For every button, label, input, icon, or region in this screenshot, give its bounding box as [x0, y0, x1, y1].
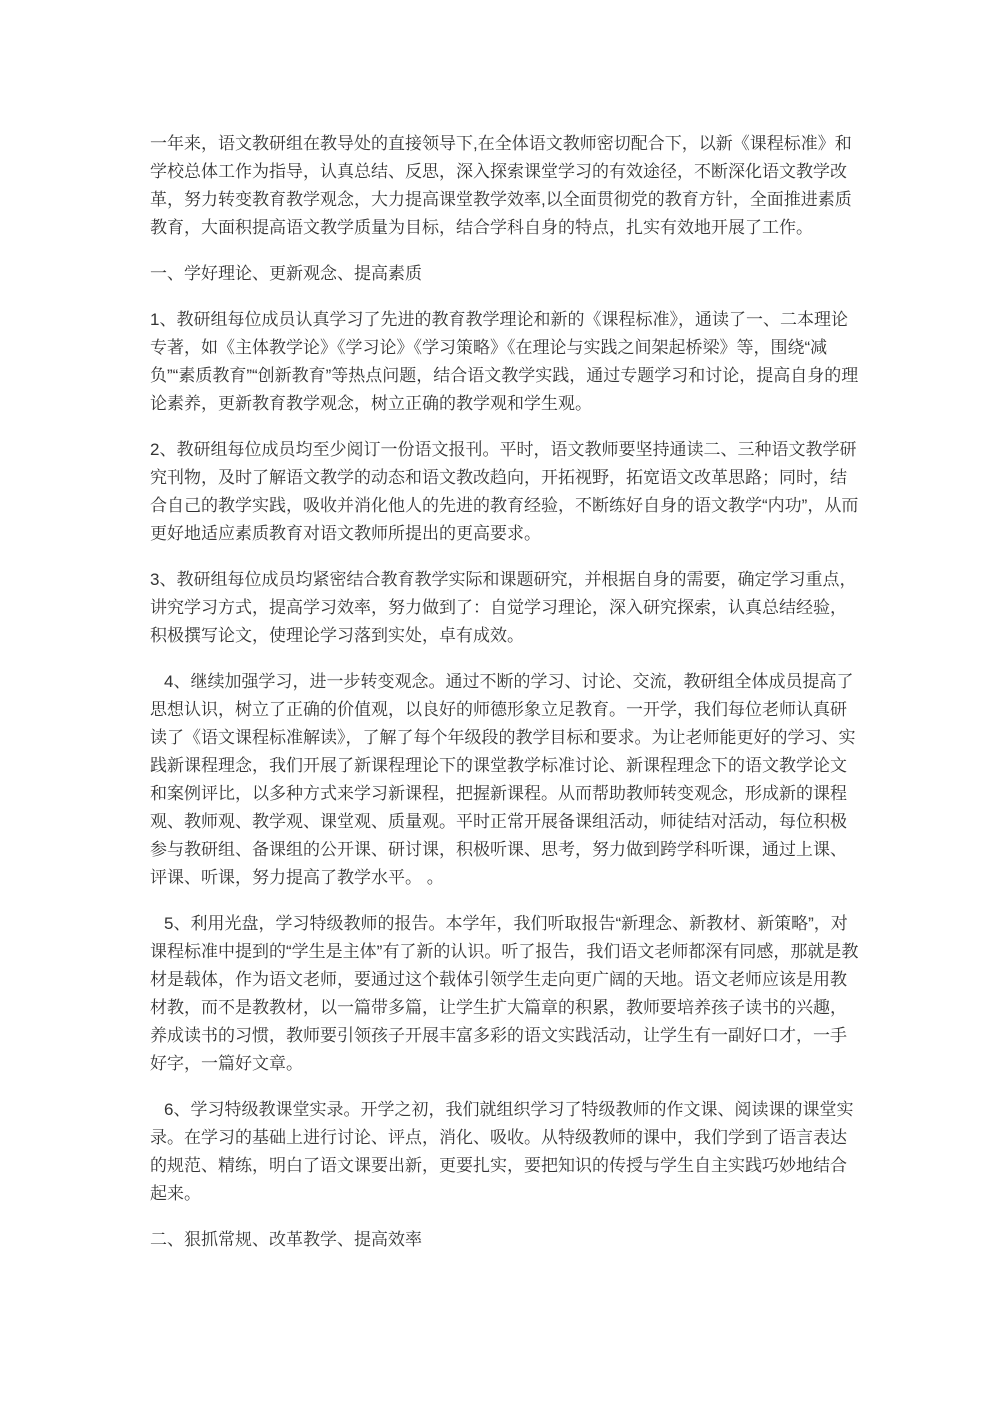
- section-1-item-5: 5、利用光盘，学习特级教师的报告。本学年，我们听取报告“新理念、新教材、新策略”…: [150, 910, 860, 1078]
- section-1-item-2: 2、教研组每位成员均至少阅订一份语文报刊。平时，语文教师要坚持通读二、三种语文教…: [150, 436, 860, 548]
- section-2-heading: 二、狠抓常规、改革教学、提高效率: [150, 1226, 860, 1254]
- section-1-item-4: 4、继续加强学习，进一步转变观念。通过不断的学习、讨论、交流，教研组全体成员提高…: [150, 668, 860, 892]
- section-1-item-6: 6、学习特级教课堂实录。开学之初，我们就组织学习了特级教师的作文课、阅读课的课堂…: [150, 1096, 860, 1208]
- section-1-item-1: 1、教研组每位成员认真学习了先进的教育教学理论和新的《课程标准》，通读了一、二本…: [150, 306, 860, 418]
- document-page: 一年来，语文教研组在教导处的直接领导下,在全体语文教师密切配合下，以新《课程标准…: [0, 0, 1000, 1415]
- section-1-heading: 一、学好理论、更新观念、提高素质: [150, 260, 860, 288]
- intro-paragraph: 一年来，语文教研组在教导处的直接领导下,在全体语文教师密切配合下，以新《课程标准…: [150, 130, 860, 242]
- section-1-item-3: 3、教研组每位成员均紧密结合教育教学实际和课题研究，并根据自身的需要，确定学习重…: [150, 566, 860, 650]
- document-body: 一年来，语文教研组在教导处的直接领导下,在全体语文教师密切配合下，以新《课程标准…: [150, 130, 860, 1254]
